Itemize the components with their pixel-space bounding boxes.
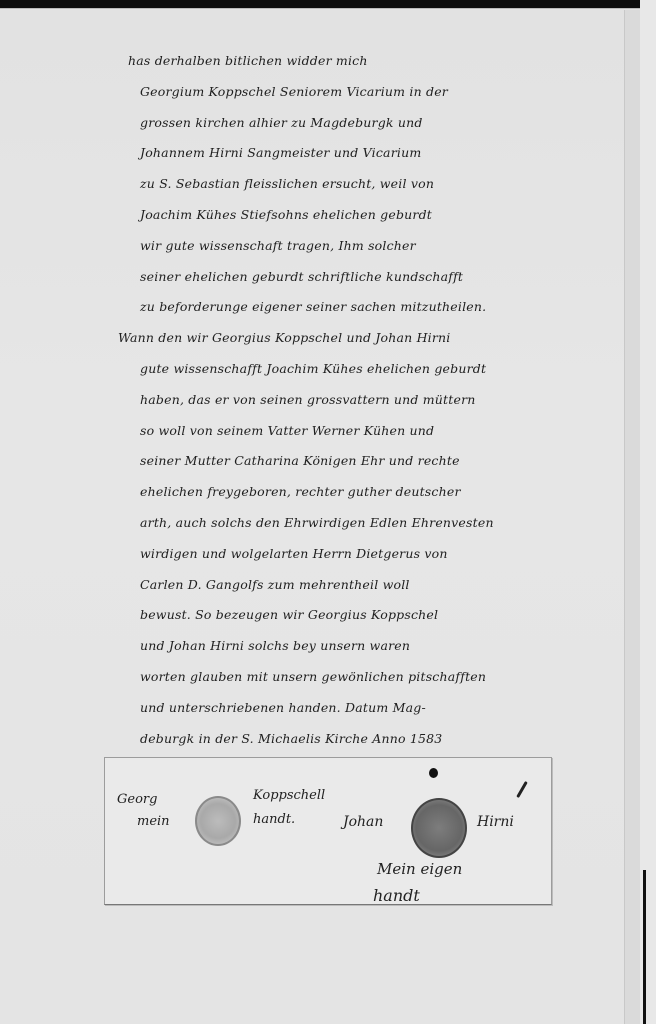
body-line: so woll von seinem Vatter Werner Kühen u… [140,416,630,447]
body-line: Wann den wir Georgius Koppschel und Joha… [118,323,630,354]
signature-right-surname: Hirni [477,814,514,830]
body-line: und unterschriebenen handen. Datum Mag- [140,693,630,724]
signature-right-first-name: Johan [343,814,383,830]
body-line: gute wissenschafft Joachim Kühes ehelich… [140,354,630,385]
manuscript-body: has derhalben bitlichen widder mich Geor… [140,46,630,754]
wax-seal-koppschel [195,796,241,846]
signature-left-word-3: Koppschell [253,788,325,803]
signature-right-line2: Mein eigen [377,860,462,878]
ink-stroke [516,781,528,798]
body-line: seiner ehelichen geburdt schriftliche ku… [140,262,630,293]
page-edge-shadow [643,870,646,1024]
body-line: has derhalben bitlichen widder mich [128,46,630,77]
body-line: und Johan Hirni solchs bey unsern waren [140,631,630,662]
body-line: seiner Mutter Catharina Königen Ehr und … [140,446,630,477]
body-line: Johannem Hirni Sangmeister und Vicarium [140,138,630,169]
signature-left-word-2: mein [137,814,170,829]
body-line: zu S. Sebastian fleisslichen ersucht, we… [140,169,630,200]
body-line: deburgk in der S. Michaelis Kirche Anno … [140,724,630,755]
body-line: zu beforderunge eigener seiner sachen mi… [140,292,630,323]
body-line: wirdigen und wolgelarten Herrn Dietgerus… [140,539,630,570]
ink-blot [429,768,438,778]
body-line: Georgium Koppschel Seniorem Vicarium in … [140,77,630,108]
signature-right-line3: handt [373,886,420,905]
body-line: grossen kirchen alhier zu Magdeburgk und [140,108,630,139]
body-line: bewust. So bezeugen wir Georgius Koppsch… [140,600,630,631]
signature-slip: Georg mein Koppschell handt. Johan Hirni… [104,757,552,905]
wax-seal-hirni [411,798,467,858]
body-line: arth, auch solchs den Ehrwirdigen Edlen … [140,508,630,539]
body-line: wir gute wissenschaft tragen, Ihm solche… [140,231,630,262]
signature-left-word-1: Georg [117,792,157,807]
body-line: haben, das er von seinen grossvattern un… [140,385,630,416]
body-line: ehelichen freygeboren, rechter guther de… [140,477,630,508]
body-line: Joachim Kühes Stiefsohns ehelichen gebur… [140,200,630,231]
body-line: Carlen D. Gangolfs zum mehrentheil woll [140,570,630,601]
body-line: worten glauben mit unsern gewönlichen pi… [140,662,630,693]
signature-left-word-4: handt. [253,812,295,827]
